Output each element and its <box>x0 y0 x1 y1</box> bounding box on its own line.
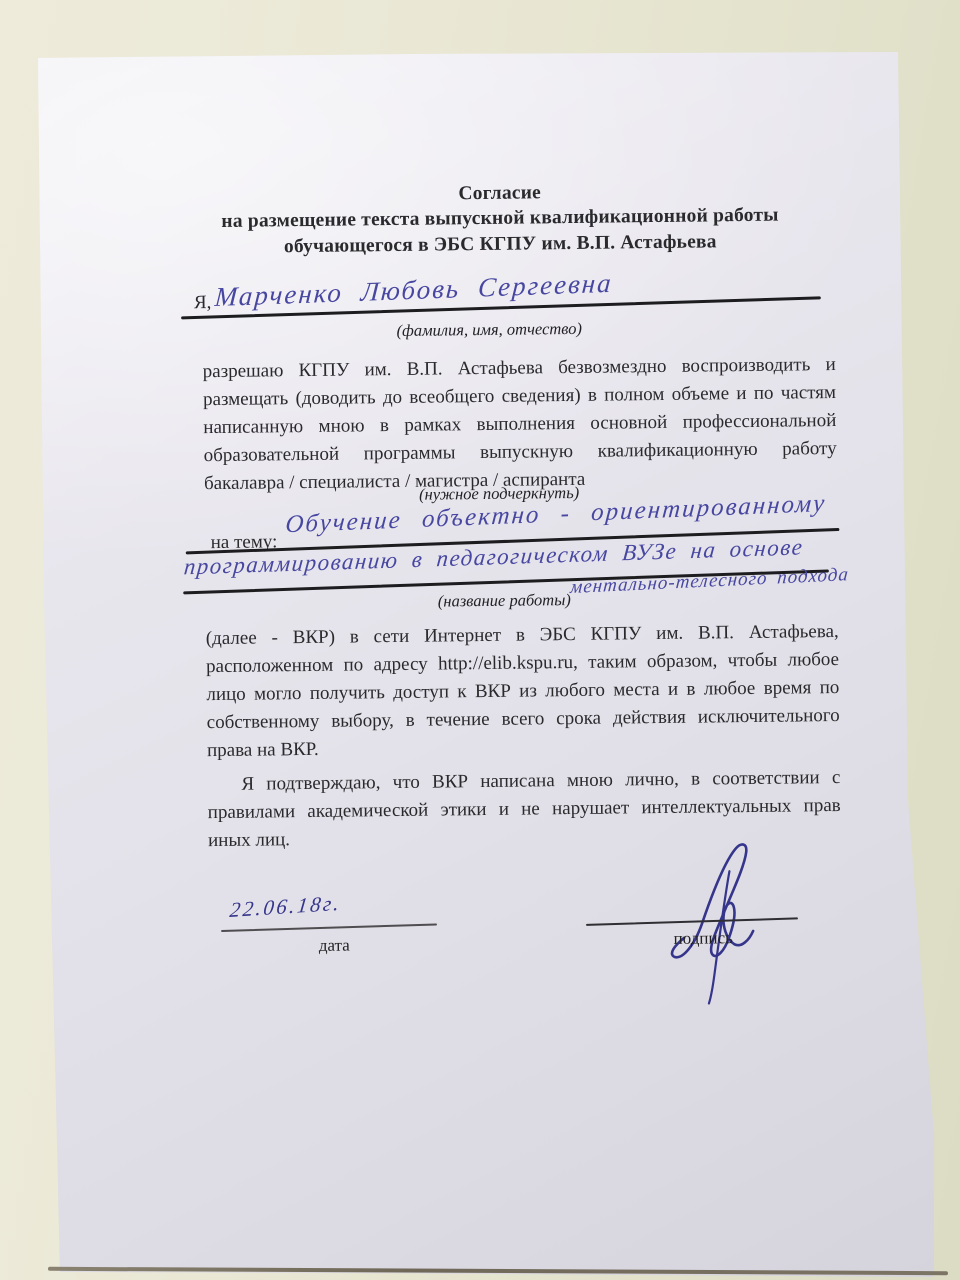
date-caption: дата <box>274 935 394 956</box>
consent-form-paper: Согласиена размещение текста выпускной к… <box>34 50 934 1277</box>
permission-paragraph: разрешаю КГПУ им. В.П. Астафьева безвозм… <box>203 351 838 498</box>
signature-caption: подпись <box>643 928 763 949</box>
handwritten-date: 22.06.18г. <box>228 891 342 923</box>
document-content: Согласиена размещение текста выпускной к… <box>28 45 942 1280</box>
name-field-caption: (фамилия, имя, отчество) <box>389 319 589 341</box>
document-title: Согласиена размещение текста выпускной к… <box>150 177 851 261</box>
placement-paragraph: (далее - ВКР) в сети Интернет в ЭБС КГПУ… <box>206 618 841 765</box>
work-title-caption: (название работы) <box>414 590 594 612</box>
name-prefix-label: Я, <box>194 292 212 314</box>
handwritten-topic-line3: ментально-телесного подхода <box>569 564 849 599</box>
text-line: права на ВКР. <box>207 730 840 765</box>
signature <box>649 841 781 1012</box>
date-underline <box>221 923 437 931</box>
